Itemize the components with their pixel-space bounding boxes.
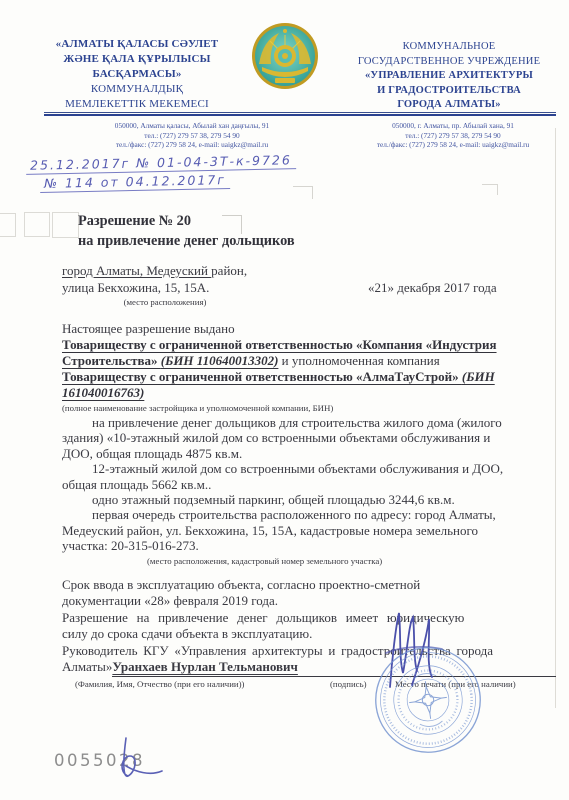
body-line: здания) «10-этажный жилой дом со встроен… [62,430,556,445]
org-line: КОММУНАЛДЫҚ [26,82,248,97]
issued-intro: Настоящее разрешение выдано [62,321,556,337]
scan-corner-mark [482,184,498,195]
location-block: город Алматы, Медеуский район, улица Бек… [62,262,247,296]
body-line: силу до срока сдачи объекта в эксплуатац… [62,626,556,643]
header-divider [44,112,556,116]
org-line: МЕМЛЕКЕТТІК МЕКЕМЕСІ [26,97,248,112]
address-line: 050000, г. Алматы, пр. Абылай хана, 91 [346,121,560,131]
fio-caption: (Фамилия, Имя, Отчество (при его наличии… [75,679,244,689]
official-seal-icon [371,643,485,757]
handwritten-line: 25.12.2017г № 01-04-3Т-к-9726 [26,152,296,175]
authorized-bin-open: (БИН [462,369,495,384]
handwritten-reg-date: № 114 от 04.12.2017г [40,172,230,191]
cadastre-caption: (место расположения, кадастровый номер з… [62,554,556,568]
org-line: И ГРАДОСТРОИТЕЛЬСТВА [336,84,562,99]
document-date: «21» декабря 2017 года [368,280,497,296]
address-russian: 050000, г. Алматы, пр. Абылай хана, 91 т… [346,121,560,150]
org-line: «УПРАВЛЕНИЕ АРХИТЕКТУРЫ [336,69,562,84]
document-body: Настоящее разрешение выдано Товариществу… [62,321,556,691]
body-line: Медеуский район, ул. Бекхожина, 15, 15А,… [62,523,556,538]
title-line: Разрешение № 20 [78,212,295,232]
body-line: документации «28» февраля 2019 года. [62,593,556,610]
body-line: ДОО, общая площадь 4875 кв.м. [62,446,556,461]
org-line: БАСҚАРМАСЫ» [26,67,248,82]
document-title: Разрешение № 20 на привлечение денег дол… [78,212,295,251]
authorized-name: Товариществу с ограниченной ответственно… [62,369,462,384]
org-name-kazakh: «АЛМАТЫ ҚАЛАСЫ СӘУЛЕТ ЖӘНЕ ҚАЛА ҚҰРЫЛЫСЫ… [26,37,248,112]
body-line: Разрешение на привлечение денег дольщико… [62,610,556,627]
location-caption: (место расположения) [100,297,230,307]
authorized-company-line: Товариществу с ограниченной ответственно… [62,369,556,385]
location-street: улица Бекхожина, 15, 15А. [62,279,247,296]
body-line: одно этажный подземный паркинг, общей пл… [62,492,556,507]
address-line: тел.: (727) 279 57 38, 279 54 90 [86,131,298,141]
scan-corner-mark [293,186,313,199]
org-line: ГОРОДА АЛМАТЫ» [336,98,562,113]
developer-bin-line: Строительства» (БИН 110640013302) и упол… [62,353,556,369]
authorized-intro: и уполномоченная компания [278,353,439,368]
official-title-cont: Алматы» [62,659,112,677]
scan-stamp-box [24,212,50,237]
location-city: город Алматы, Медеуский [62,263,211,278]
scan-stamp-box [0,213,16,237]
address-line: тел./факс: (727) 279 58 24, e-mail: uaig… [86,140,298,150]
body-line: общая площадь 5662 кв.м.. [62,477,556,492]
kazakhstan-emblem-icon [249,20,321,92]
org-line: «АЛМАТЫ ҚАЛАСЫ СӘУЛЕТ [26,37,248,52]
address-line: тел.: (727) 279 57 38, 279 54 90 [346,131,560,141]
body-line: первая очередь строительства расположенн… [62,507,556,522]
org-line: ГОСУДАРСТВЕННОЕ УЧРЕЖДЕНИЕ [336,55,562,70]
org-line: ЖӘНЕ ҚАЛА ҚҰРЫЛЫСЫ [26,52,248,67]
org-name-russian: КОММУНАЛЬНОЕ ГОСУДАРСТВЕННОЕ УЧРЕЖДЕНИЕ … [336,40,562,113]
companies-caption: (полное наименование застройщика и уполн… [62,401,556,415]
location-district: район, [211,263,247,278]
developer-bin: (БИН 110640013302) [161,353,279,368]
document-page: «АЛМАТЫ ҚАЛАСЫ СӘУЛЕТ ЖӘНЕ ҚАЛА ҚҰРЫЛЫСЫ… [0,0,569,800]
body-line: 12-этажный жилой дом со встроенными объе… [62,461,556,476]
address-line: 050000, Алматы қаласы, Абылай хан даңғыл… [86,121,298,131]
address-kazakh: 050000, Алматы қаласы, Абылай хан даңғыл… [86,121,298,150]
developer-name-cont: Строительства» [62,353,161,368]
address-line: тел./факс: (727) 279 58 24, e-mail: uaig… [346,140,560,150]
body-line: Срок ввода в эксплуатацию объекта, согла… [62,577,556,594]
org-line: КОММУНАЛЬНОЕ [336,40,562,55]
sign-caption: (подпись) [330,679,367,689]
body-line: участка: 20-315-016-273. [62,538,556,553]
title-line: на привлечение денег дольщиков [78,232,295,252]
authorized-bin: 161040016763) [62,385,556,401]
official-name: Уранхаев Нурлан Тельманович [112,659,298,677]
location-line: город Алматы, Медеуский район, [62,262,247,279]
body-line: на привлечение денег дольщиков для строи… [62,415,556,430]
pen-loop-icon [112,730,168,791]
handwritten-reg-number: 25.12.2017г № 01-04-3Т-к-9726 [26,152,296,173]
handwritten-line: № 114 от 04.12.2017г [40,172,230,193]
developer-name: Товариществу с ограниченной ответственно… [62,337,556,353]
scan-stamp-box [52,212,79,238]
